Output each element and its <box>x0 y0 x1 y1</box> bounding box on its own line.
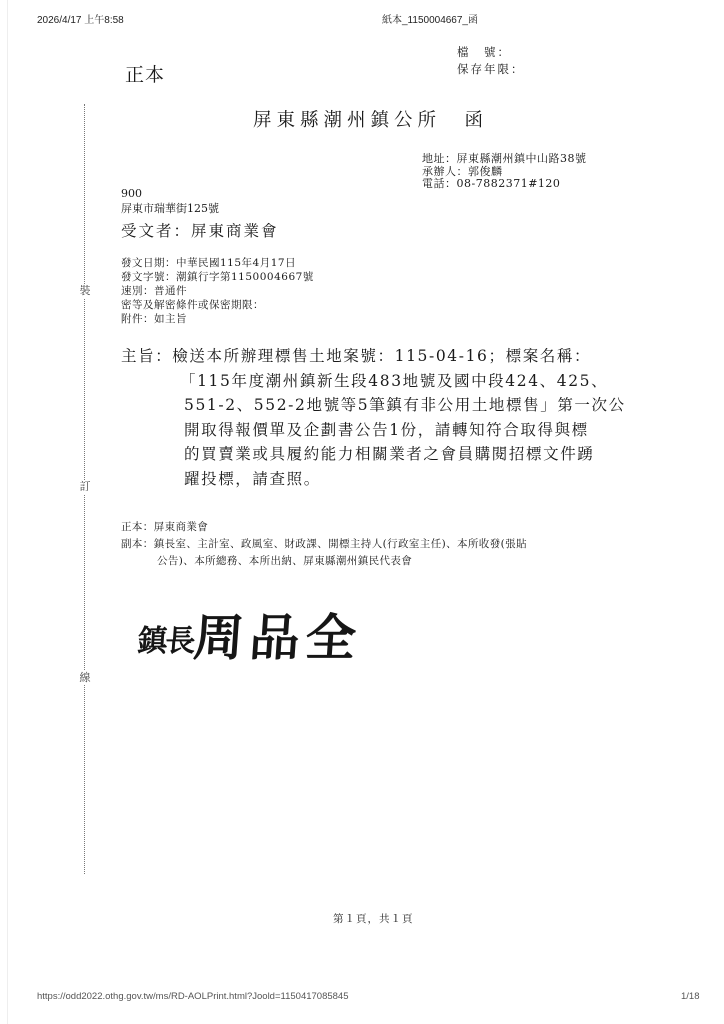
cc-recipients: 副本：鎮長室、主計室、政風室、財政課、開標主持人(行政室主任)、本所收發(張貼 <box>121 536 527 553</box>
contact-block: 地址：屏東縣潮州鎮中山路38號 承辦人：郭俊麟 電話：08-7882371#12… <box>422 153 587 191</box>
recipient: 受文者：屏東商業會 <box>121 219 279 241</box>
page-number: 第１頁，共１頁 <box>333 911 414 926</box>
recipient-address: 屏東市瑞華街125號 <box>121 201 219 216</box>
binding-mark-zhuang: 裝 <box>78 284 92 298</box>
copies-block: 正本：屏東商業會 副本：鎮長室、主計室、政風室、財政課、開標主持人(行政室主任)… <box>121 519 527 570</box>
recipient-address-block: 900 屏東市瑞華街125號 <box>121 186 219 216</box>
archive-number-label: 檔 號： <box>457 44 525 61</box>
file-meta: 檔 號： 保存年限： <box>457 44 525 78</box>
seal-title: 鎮長 <box>136 624 194 659</box>
subject-line: 551-2、552-2地號等5筆鎮有非公用土地標售」第一次公 <box>121 393 626 418</box>
cc-recipients-cont: 公告)、本所總務、本所出納、屏東縣潮州鎮民代表會 <box>121 553 527 570</box>
subject-line: 主旨：檢送本所辦理標售土地案號：115-04-16；標案名稱： <box>121 344 626 369</box>
original-copy-mark: 正本 <box>125 60 165 87</box>
seal-name: 周品全 <box>192 608 364 667</box>
subject-line: 「115年度潮州鎮新生段483地號及國中段424、425、 <box>121 369 626 394</box>
attachment: 附件：如主旨 <box>121 312 314 326</box>
issue-info: 發文日期：中華民國115年4月17日 發文字號：潮鎮行字第1150004667號… <box>121 256 314 326</box>
document-title: 屏東縣潮州鎮公所 函 <box>253 106 488 132</box>
print-url: https://odd2022.othg.gov.tw/ms/RD-AOLPri… <box>37 991 349 1002</box>
secrecy-level: 密等及解密條件或保密期限： <box>121 298 314 312</box>
page-edge <box>7 0 8 1024</box>
binding-mark-ding: 訂 <box>78 480 92 494</box>
subject-line: 開取得報價單及企劃書公告1份，請轉知符合取得與標 <box>121 418 626 443</box>
subject-line: 的買賣業或具履約能力相關業者之會員購閱招標文件踴 <box>121 442 626 467</box>
print-page-count: 1/18 <box>681 991 700 1002</box>
subject-block: 主旨：檢送本所辦理標售土地案號：115-04-16；標案名稱： 「115年度潮州… <box>121 344 626 491</box>
original-recipient: 正本：屏東商業會 <box>121 519 527 536</box>
mayor-seal: 鎮長周品全 <box>135 598 364 670</box>
retention-period-label: 保存年限： <box>457 61 525 78</box>
phone: 電話：08-7882371#120 <box>422 178 587 191</box>
print-datetime: 2026/4/17 上午8:58 <box>37 11 124 26</box>
issue-date: 發文日期：中華民國115年4月17日 <box>121 256 314 270</box>
print-title: 紙本_1150004667_函 <box>382 11 478 26</box>
delivery-speed: 速別：普通件 <box>121 284 314 298</box>
binding-mark-xian: 線 <box>78 671 92 685</box>
subject-line: 躍投標，請查照。 <box>121 467 626 492</box>
document-number: 發文字號：潮鎮行字第1150004667號 <box>121 270 314 284</box>
office-address: 地址：屏東縣潮州鎮中山路38號 <box>422 153 587 166</box>
recipient-postal-code: 900 <box>121 186 219 201</box>
